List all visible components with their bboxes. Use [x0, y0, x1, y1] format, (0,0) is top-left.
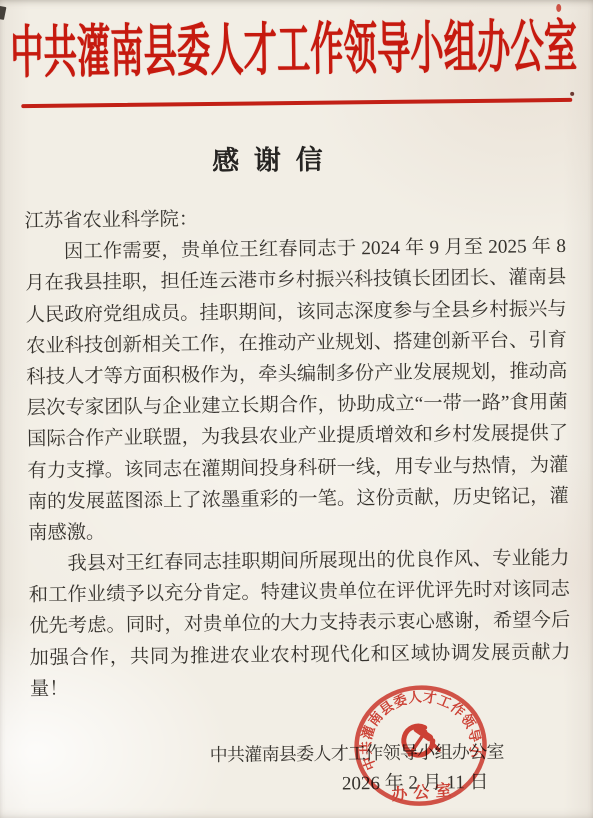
hammer-sickle-icon — [401, 723, 439, 758]
seal-bottom-text: 办公室 — [391, 780, 458, 804]
body-line: 加强合作，共同为推进农业农村现代化和区域协调发展贡献力 — [29, 637, 570, 674]
letter-content: 中共灌南县委人才工作领导小组办公室 感 谢 信 江苏省农业科学院： 因工作需要，… — [0, 0, 593, 818]
scan-artifact-corner — [0, 6, 6, 20]
letter-body: 江苏省农业科学院： 因工作需要，贵单位王红春同志于 2024 年 9 月至 20… — [24, 200, 571, 705]
letterhead-divider-rule — [21, 98, 572, 108]
letter-page: 中共灌南县委人才工作领导小组办公室 感 谢 信 江苏省农业科学院： 因工作需要，… — [0, 0, 593, 818]
body-line: 量！ — [30, 668, 571, 705]
scan-artifact-dot — [570, 92, 574, 96]
scan-artifact-red-speck — [556, 4, 561, 12]
letter-title: 感 谢 信 — [0, 135, 541, 180]
body-line: 南的发展蓝图添上了浓墨重彩的一笔。这份贡献，历史铭记，灌 — [28, 481, 569, 518]
official-seal: 中共灌南县委人才工作领导小组 办公室 — [347, 677, 495, 814]
letterhead-org-title: 中共灌南县委人才工作领导小组办公室 — [9, 17, 577, 86]
